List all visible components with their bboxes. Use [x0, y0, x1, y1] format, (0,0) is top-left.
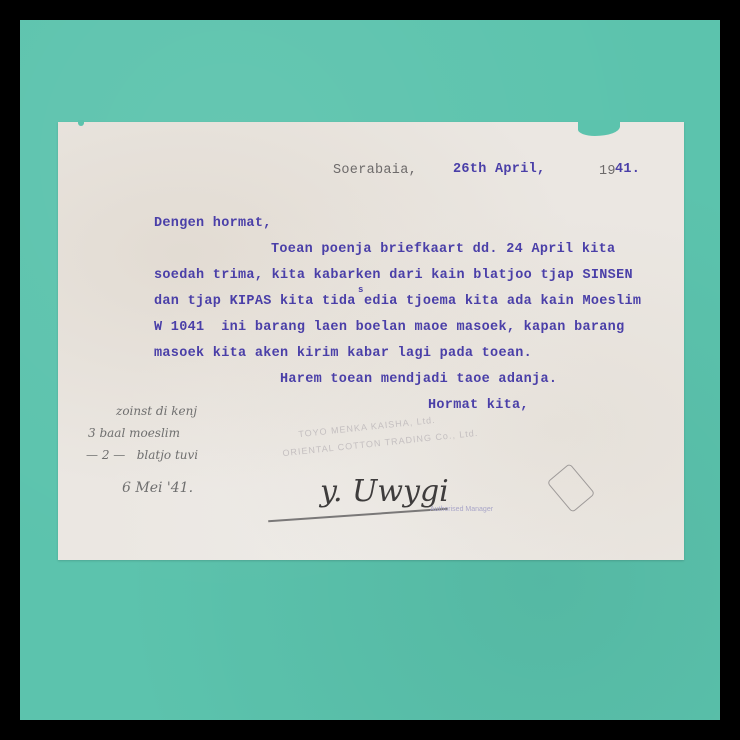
letter-paper: Soerabaia, 26th April, 19 41. Dengen hor…: [58, 122, 684, 560]
handwritten-note-2: 3 baal moeslim: [88, 426, 180, 440]
place-name: Soerabaia,: [333, 163, 417, 178]
printed-title: Authorised Manager: [430, 506, 493, 513]
body-line-5: masoek kita aken kirim kabar lagi pada t…: [154, 346, 532, 361]
year-prefix: 19: [599, 164, 616, 179]
year-suffix: 41.: [615, 162, 640, 177]
body-line-4: W 1041 ini barang laen boelan maoe masoe…: [154, 320, 624, 335]
paper-tear-small: [78, 120, 84, 126]
body-line-3: dan tjap KIPAS kita tida edia tjoema kit…: [154, 294, 641, 309]
handwritten-note-3: — 2 — blatjo tuvi: [86, 448, 198, 462]
letter-date: 26th April,: [453, 162, 545, 177]
signature-underline: [268, 508, 448, 522]
closing-line: Harem toean mendjadi taoe adanja.: [280, 372, 557, 387]
salutation: Dengen hormat,: [154, 216, 272, 231]
superscript-s: s: [358, 285, 364, 295]
handwritten-note-1: zoinst di kenj: [116, 404, 197, 418]
paper-tear: [578, 120, 620, 136]
body-line-1: Toean poenja briefkaart dd. 24 April kit…: [271, 242, 615, 257]
box-stamp: [547, 463, 596, 513]
body-line-2: soedah trima, kita kabarken dari kain bl…: [154, 268, 633, 283]
signature: y. Uwygi: [320, 474, 449, 509]
handwritten-date: 6 Mei '41.: [122, 480, 193, 496]
sign-off: Hormat kita,: [428, 398, 529, 413]
